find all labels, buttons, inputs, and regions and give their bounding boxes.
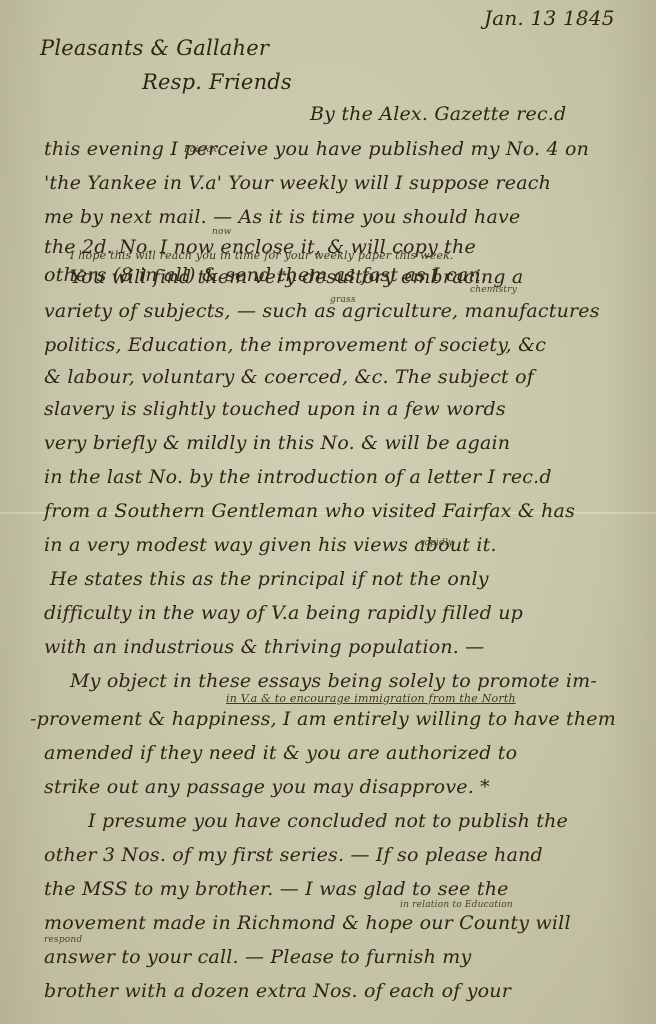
- letter-line: amended if they need it & you are author…: [44, 742, 517, 764]
- letter-line: 'the Yankee in V.a' Your weekly will I s…: [44, 172, 551, 194]
- interlinear-note: I hope this will reach you in time for y…: [70, 249, 454, 262]
- letter-line: in the last No. by the introduction of a…: [44, 466, 552, 488]
- letter-line: movement made in Richmond & hope our Cou…: [44, 912, 571, 934]
- letter-line: politics, Education, the improvement of …: [44, 334, 546, 356]
- manuscript-page: Jan. 13 1845 Pleasants & Gallaher Resp. …: [0, 0, 656, 1024]
- letter-line: strike out any passage you may disapprov…: [44, 776, 490, 798]
- letter-line: My object in these essays being solely t…: [70, 670, 597, 692]
- letter-line: from a Southern Gentleman who visited Fa…: [44, 500, 575, 522]
- letter-line: with an industrious & thriving populatio…: [44, 636, 484, 658]
- letter-line: & labour, voluntary & coerced, &c. The s…: [44, 366, 534, 388]
- letter-line: brother with a dozen extra Nos. of each …: [44, 980, 511, 1002]
- letter-line: -provement & happiness, I am entirely wi…: [30, 708, 616, 730]
- letter-line: answer to your call. — Please to furnish…: [44, 946, 471, 968]
- letter-date: Jan. 13 1845: [484, 6, 615, 30]
- letter-line: He states this as the principal if not t…: [50, 568, 489, 590]
- letter-line: other 3 Nos. of my first series. — If so…: [44, 844, 543, 866]
- letter-line: I presume you have concluded not to publ…: [88, 810, 568, 832]
- letter-line: difficulty in the way of V.a being rapid…: [44, 602, 523, 624]
- salutation-addressees: Pleasants & Gallaher: [40, 36, 269, 60]
- letter-line: slavery is slightly touched upon in a fe…: [44, 398, 506, 420]
- interlinear-note: in V.a & to encourage immigration from t…: [226, 692, 516, 705]
- salutation-greeting: Resp. Friends: [142, 70, 292, 94]
- interlinear-note: in relation to Education: [400, 900, 513, 910]
- letter-line: me by next mail. — As it is time you sho…: [44, 206, 520, 228]
- interlinear-note: chemistry: [470, 285, 517, 295]
- letter-line: the MSS to my brother. — I was glad to s…: [44, 878, 509, 900]
- interlinear-note: respond: [44, 935, 82, 945]
- letter-line: this evening I perceive you have publish…: [44, 138, 589, 160]
- letter-line: very briefly & mildly in this No. & will…: [44, 432, 510, 454]
- interlinear-note: rapidly: [420, 538, 453, 548]
- letter-line: variety of subjects, — such as agricultu…: [44, 300, 600, 322]
- letter-line: You will find them very desultory embrac…: [70, 266, 523, 288]
- interlinear-note: Fairfax: [184, 145, 217, 155]
- letter-line: By the Alex. Gazette rec.d: [310, 103, 566, 125]
